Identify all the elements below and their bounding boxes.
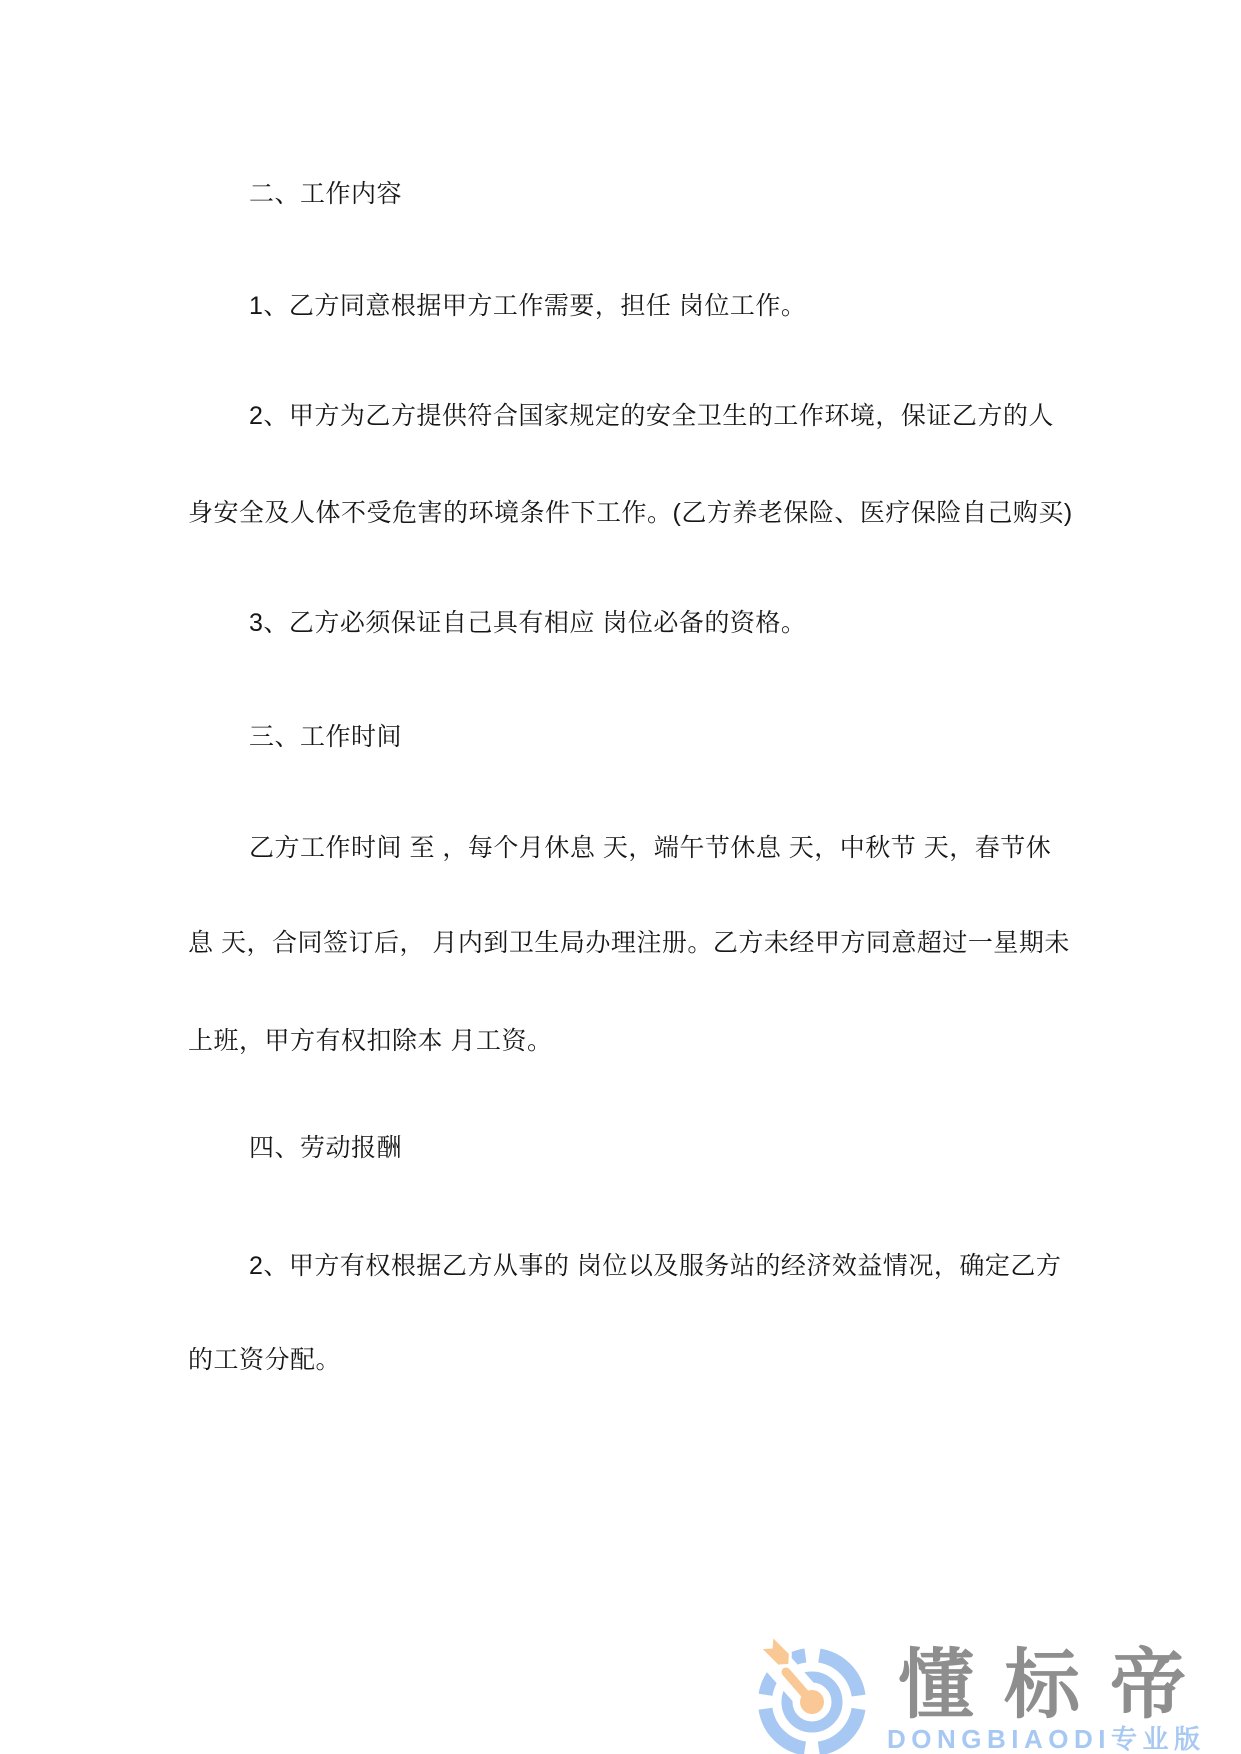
clause-work-2-line1: 2、甲方为乙方提供符合国家规定的安全卫生的工作环境，保证乙方的人 [249,401,1054,431]
clause-work-1: 1、乙方同意根据甲方工作需要，担任 岗位工作。 [249,291,806,321]
para-work-time-line3: 上班，甲方有权扣除本 月工资。 [188,1026,552,1056]
clause-work-2-line2: 身安全及人体不受危害的环境条件下工作。(乙方养老保险、医疗保险自己购买) [188,498,1073,528]
watermark-brand-en: DONGBIAODI专业版 [887,1726,1206,1752]
clause-work-3: 3、乙方必须保证自己具有相应 岗位必备的资格。 [249,608,806,638]
bullseye-dot [800,1690,824,1714]
heading-work-time: 三、工作时间 [249,722,402,752]
para-work-time-line2: 息 天，合同签订后， 月内到卫生局办理注册。乙方未经甲方同意超过一星期未 [188,928,1070,958]
clause-pay-2-line2: 的工资分配。 [188,1345,341,1375]
heading-work-content: 二、工作内容 [249,179,402,209]
target-dart-icon [746,1633,870,1754]
clause-pay-2-line1: 2、甲方有权根据乙方从事的 岗位以及服务站的经济效益情况，确定乙方 [249,1251,1061,1281]
watermark-brand-en-latin: DONGBIAODI [887,1724,1111,1754]
heading-labor-pay: 四、劳动报酬 [249,1133,402,1163]
watermark-brand-cn: 懂标帝 [898,1650,1216,1722]
document-page: 二、工作内容 1、乙方同意根据甲方工作需要，担任 岗位工作。 2、甲方为乙方提供… [0,0,1241,1754]
para-work-time-line1: 乙方工作时间 至 ，每个月休息 天，端午节休息 天，中秋节 天，春节休 [249,833,1051,863]
watermark-edition-label: 专业版 [1111,1724,1206,1754]
